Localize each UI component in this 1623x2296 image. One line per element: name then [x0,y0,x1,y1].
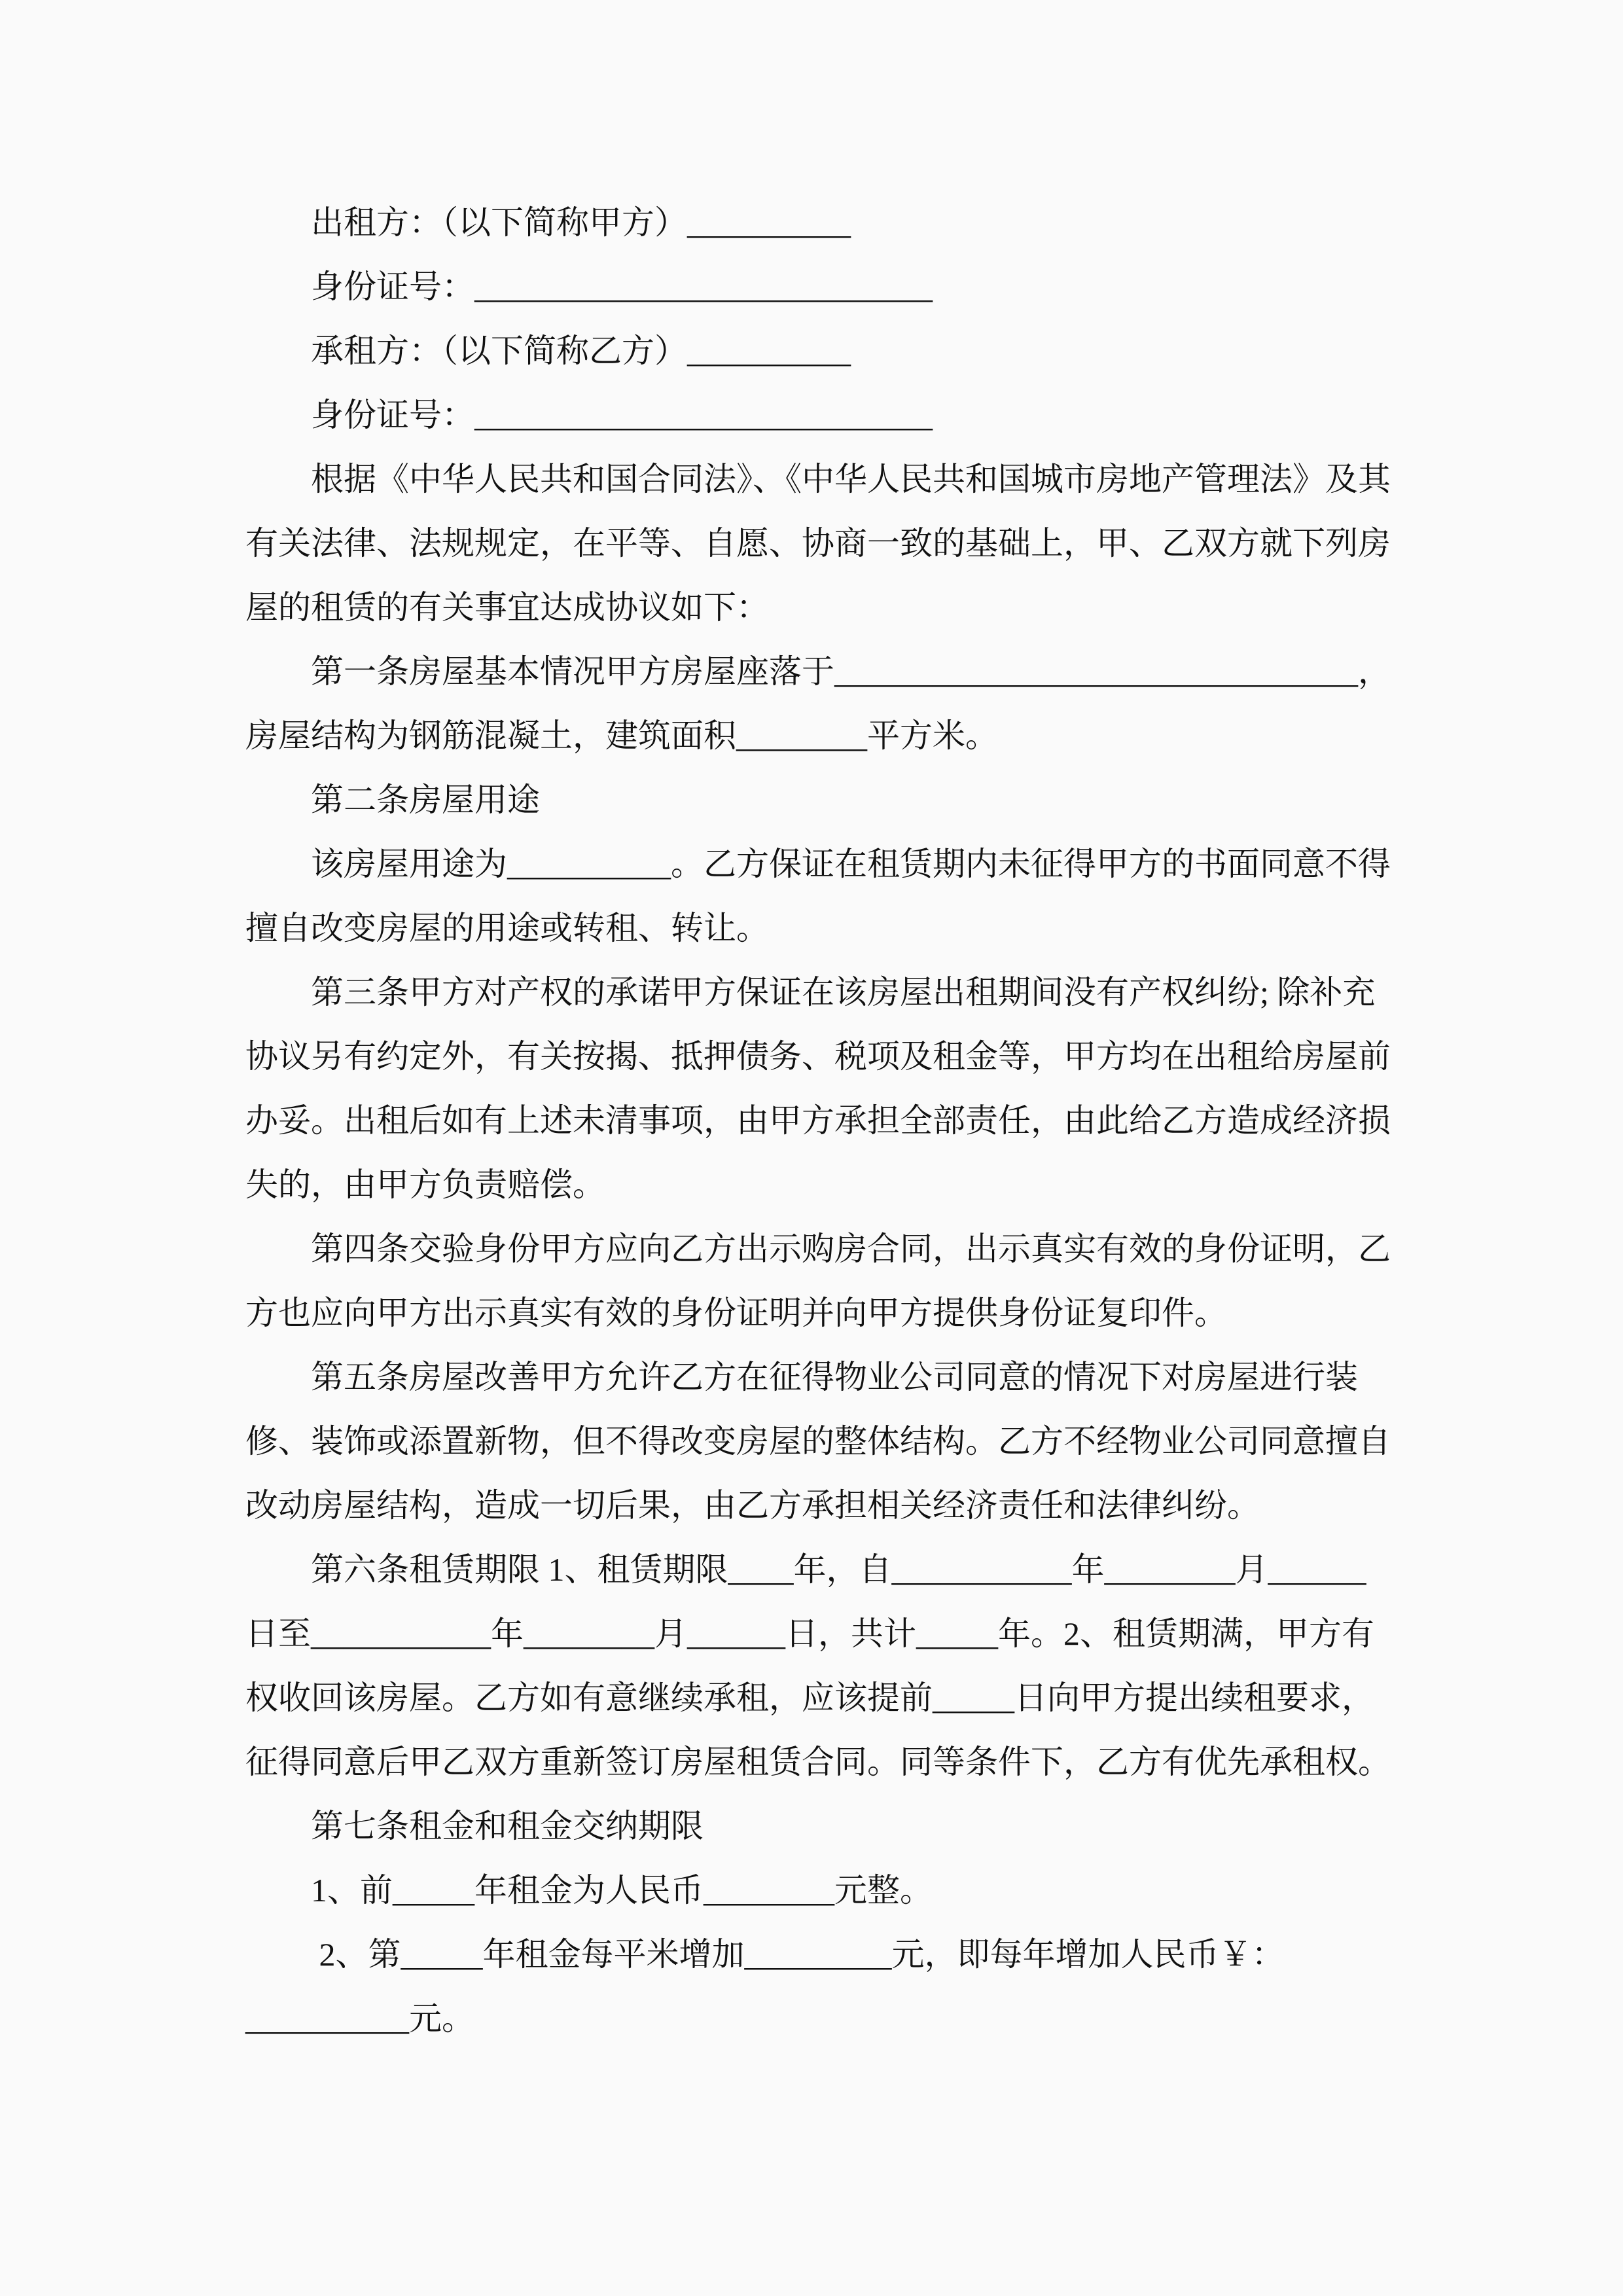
contract-line: __________元。 [245,1986,1423,2051]
contract-line: 2、第_____年租金每平米增加_________元，即每年增加人民币￥： [245,1922,1423,1986]
contract-line: 权收回该房屋。乙方如有意继续承租，应该提前_____日向甲方提出续租要求， [245,1666,1423,1730]
contract-line: 身份证号：____________________________ [245,255,1423,319]
contract-line: 该房屋用途为__________。乙方保证在租赁期内未征得甲方的书面同意不得 [245,832,1423,896]
contract-line: 有关法律、法规规定，在平等、自愿、协商一致的基础上，甲、乙双方就下列房 [245,511,1423,575]
contract-line: 第七条租金和租金交纳期限 [245,1794,1423,1858]
contract-line: 承租方：（以下简称乙方）__________ [245,319,1423,383]
contract-line: 第六条租赁期限 1、租赁期限____年，自___________年_______… [245,1537,1423,1602]
contract-line: 第二条房屋用途 [245,768,1423,832]
contract-line: 1、前_____年租金为人民币________元整。 [245,1858,1423,1922]
contract-line: 第四条交验身份甲方应向乙方出示购房合同，出示真实有效的身份证明，乙 [245,1217,1423,1281]
contract-line: 改动房屋结构，造成一切后果，由乙方承担相关经济责任和法律纠纷。 [245,1473,1423,1537]
contract-line: 根据《中华人民共和国合同法》、《中华人民共和国城市房地产管理法》及其 [245,447,1423,511]
contract-document: 出租方：（以下简称甲方）__________身份证号：_____________… [245,190,1423,2051]
contract-line: 修、装饰或添置新物，但不得改变房屋的整体结构。乙方不经物业公司同意擅自 [245,1409,1423,1473]
contract-line: 第五条房屋改善甲方允许乙方在征得物业公司同意的情况下对房屋进行装 [245,1345,1423,1409]
contract-line: 办妥。出租后如有上述未清事项，由甲方承担全部责任，由此给乙方造成经济损 [245,1088,1423,1153]
contract-line: 房屋结构为钢筋混凝土，建筑面积________平方米。 [245,704,1423,768]
contract-line: 征得同意后甲乙双方重新签订房屋租赁合同。同等条件下，乙方有优先承租权。 [245,1730,1423,1794]
contract-line: 屋的租赁的有关事宜达成协议如下： [245,575,1423,639]
document-page: 出租方：（以下简称甲方）__________身份证号：_____________… [0,0,1623,2296]
contract-line: 擅自改变房屋的用途或转租、转让。 [245,896,1423,960]
contract-line: 协议另有约定外，有关按揭、抵押债务、税项及租金等，甲方均在出租给房屋前 [245,1024,1423,1088]
contract-line: 失的，由甲方负责赔偿。 [245,1153,1423,1217]
contract-line: 方也应向甲方出示真实有效的身份证明并向甲方提供身份证复印件。 [245,1281,1423,1345]
contract-line: 第三条甲方对产权的承诺甲方保证在该房屋出租期间没有产权纠纷; 除补充 [245,960,1423,1024]
contract-line: 第一条房屋基本情况甲方房屋座落于________________________… [245,639,1423,704]
contract-line: 日至___________年________月______日，共计_____年。… [245,1602,1423,1666]
contract-line: 出租方：（以下简称甲方）__________ [245,190,1423,255]
contract-line: 身份证号：____________________________ [245,383,1423,447]
